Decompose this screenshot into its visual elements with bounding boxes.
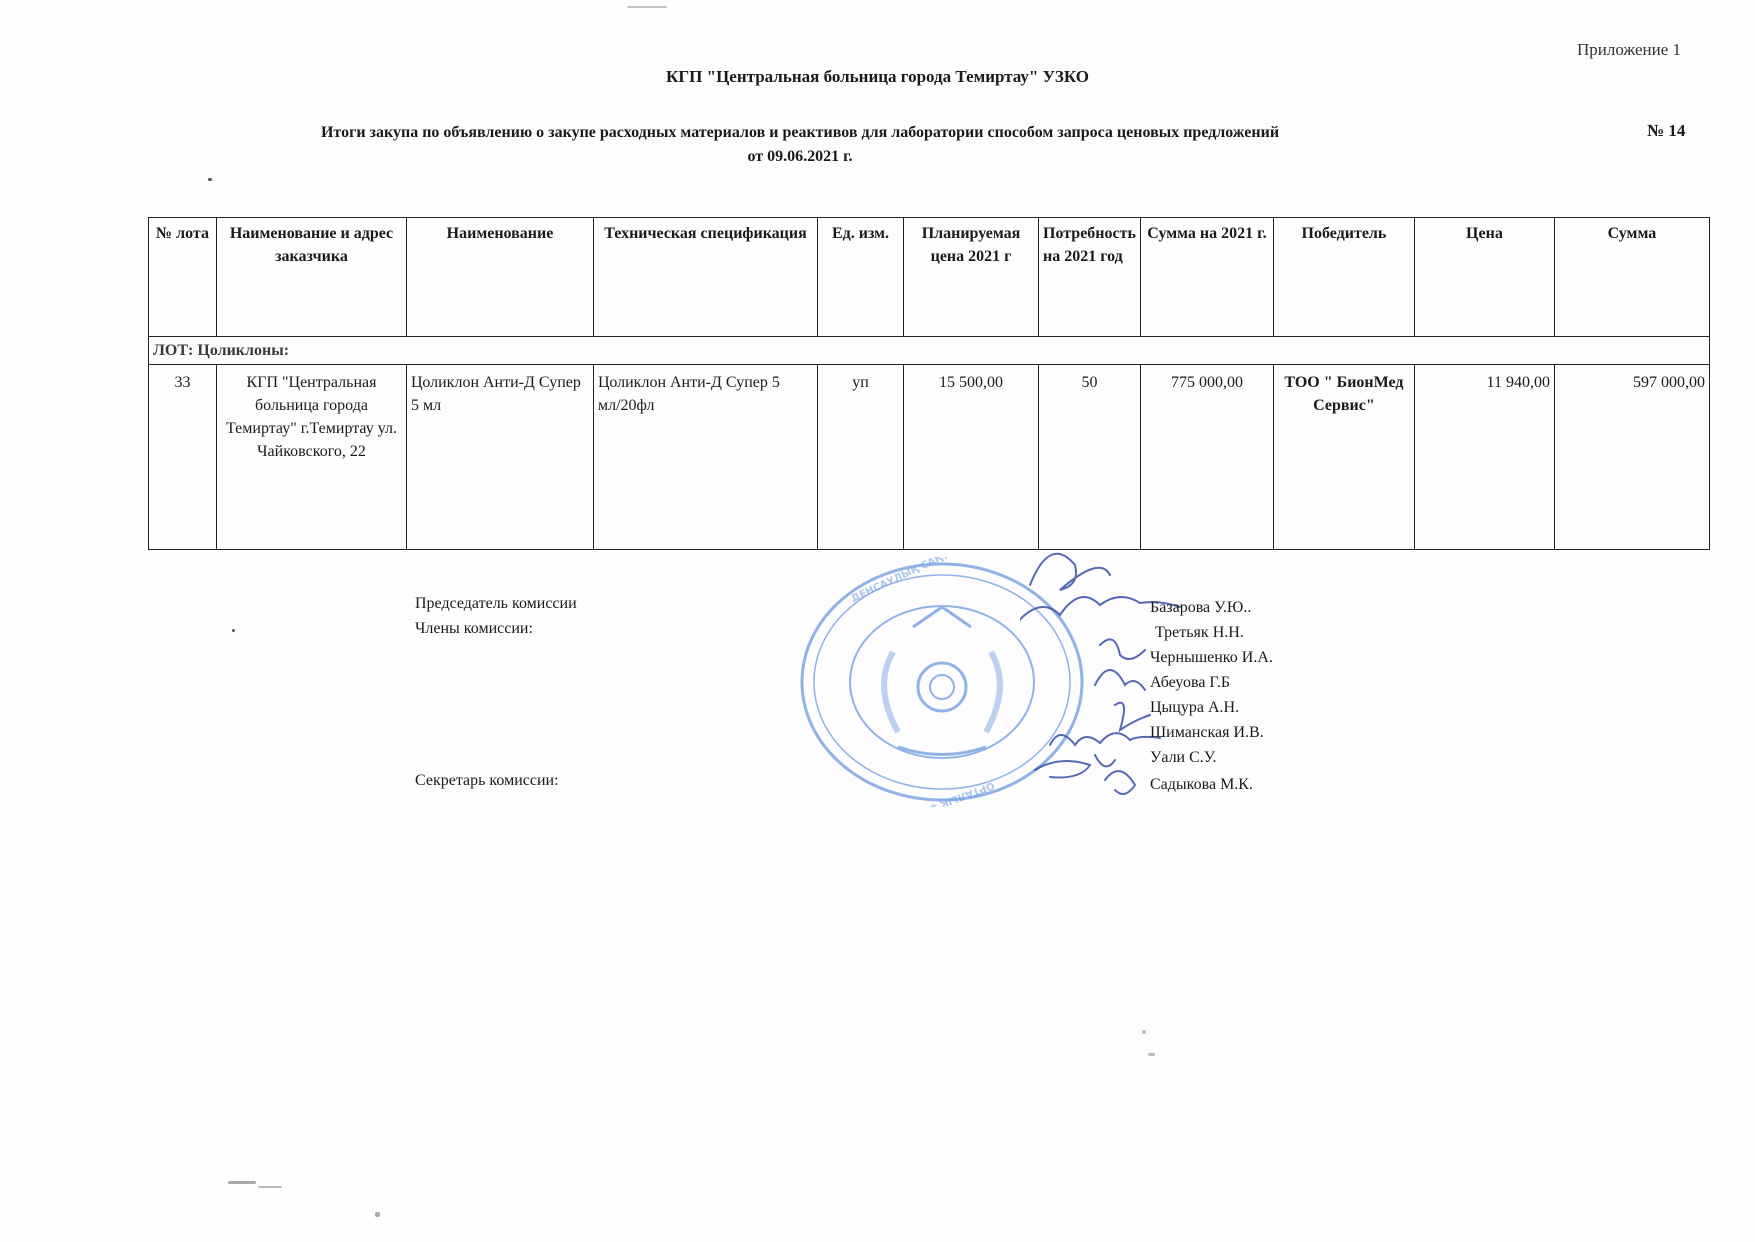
member-name: Уали С.У. [1150, 745, 1217, 770]
col-header-unit: Ед. изм. [818, 218, 904, 337]
member-name: Цыцура А.Н. [1150, 695, 1239, 720]
organization-title: КГП "Центральная больница города Темирта… [0, 67, 1755, 87]
col-header-planned-sum: Сумма на 2021 г. [1140, 218, 1273, 337]
svg-text:ОРТАЛЫҚ ✱ ҚАРАҒАНДЫ: ОРТАЛЫҚ ✱ ҚАРАҒАНДЫ [856, 779, 996, 807]
col-header-winner: Победитель [1273, 218, 1414, 337]
scan-speck [208, 178, 212, 181]
cell-price: 11 940,00 [1414, 365, 1554, 550]
cell-customer: КГП "Центральная больница города Темирта… [217, 365, 407, 550]
col-header-name: Наименование [407, 218, 594, 337]
col-header-customer: Наименование и адрес заказчика [217, 218, 407, 337]
appendix-label: Приложение 1 [1577, 40, 1681, 60]
members-label: Члены комиссии: [415, 620, 533, 638]
title-line-2: от 09.06.2021 г. [140, 145, 1460, 169]
scan-speck [375, 1212, 380, 1217]
cell-unit: уп [818, 365, 904, 550]
lot-group-row: ЛОТ: Цоликлоны: [149, 337, 1710, 365]
col-header-quantity: Потребность на 2021 год [1039, 218, 1141, 337]
scan-speck [228, 1181, 256, 1184]
secretary-name: Садыкова М.К. [1150, 772, 1253, 797]
chair-name: Базарова У.Ю.. [1150, 595, 1251, 620]
col-header-spec: Техническая спецификация [594, 218, 818, 337]
member-name: Шиманская И.В. [1150, 720, 1264, 745]
chair-label: Председатель комиссии [415, 595, 577, 613]
cell-quantity: 50 [1039, 365, 1141, 550]
member-name: Чернышенко И.А. [1150, 645, 1273, 670]
secretary-label: Секретарь комиссии: [415, 772, 559, 790]
scan-speck [1148, 1053, 1155, 1056]
cell-sum: 597 000,00 [1554, 365, 1709, 550]
cell-planned-price: 15 500,00 [904, 365, 1039, 550]
title-line-1: Итоги закупа по объявлению о закупе расх… [140, 121, 1460, 145]
document-number: № 14 [1647, 121, 1685, 141]
scan-speck [258, 1186, 282, 1188]
cell-planned-sum: 775 000,00 [1140, 365, 1273, 550]
cell-lot-no: 33 [149, 365, 217, 550]
cell-winner: ТОО " БионМед Сервис" [1273, 365, 1414, 550]
cell-name: Цоликлон Анти-Д Супер 5 мл [407, 365, 594, 550]
lot-group-label: ЛОТ: Цоликлоны: [149, 337, 1710, 365]
document-title: Итоги закупа по объявлению о закупе расх… [140, 121, 1460, 169]
cell-spec: Цоликлон Анти-Д Супер 5 мл/20фл [594, 365, 818, 550]
col-header-price: Цена [1414, 218, 1554, 337]
member-name: Абеуова Г.Б [1150, 670, 1230, 695]
col-header-planned-price: Планируемая цена 2021 г [904, 218, 1039, 337]
scan-speck [232, 629, 235, 632]
member-name: Третьяк Н.Н. [1155, 620, 1244, 645]
scan-speck [1142, 1030, 1146, 1034]
scan-speck [627, 6, 667, 8]
procurement-results-table: № лота Наименование и адрес заказчика На… [148, 217, 1710, 550]
table-row: 33 КГП "Центральная больница города Теми… [149, 365, 1710, 550]
col-header-sum: Сумма [1554, 218, 1709, 337]
col-header-lot-no: № лота [149, 218, 217, 337]
table-header-row: № лота Наименование и адрес заказчика На… [149, 218, 1710, 337]
